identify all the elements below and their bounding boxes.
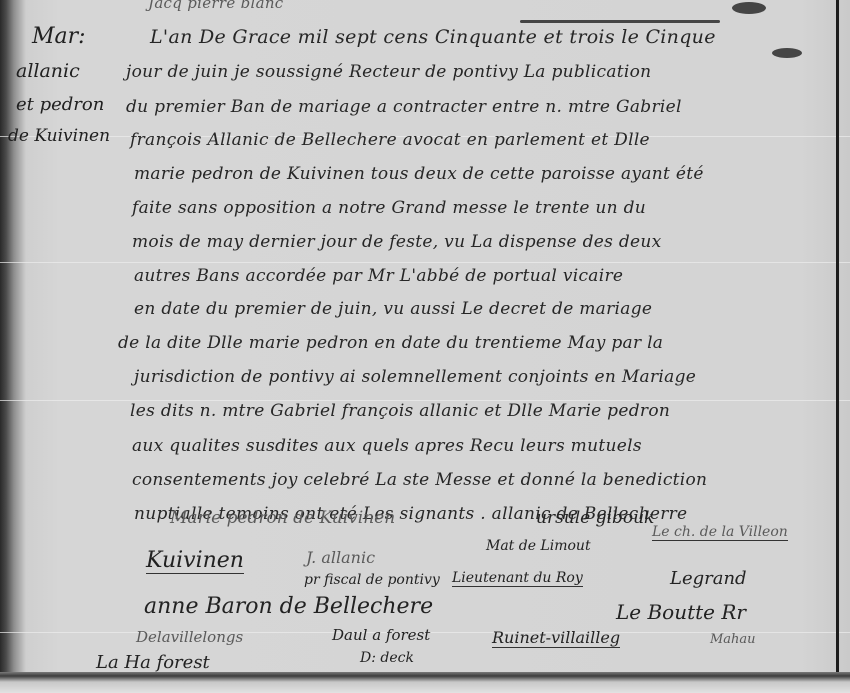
entry-line: faite sans opposition a notre Grand mess… (132, 198, 646, 218)
header-fragment: Jacq pierre blanc (148, 0, 284, 12)
scan-line (0, 262, 850, 263)
signature: pr fiscal de pontivy (304, 572, 440, 588)
entry-line: mois de may dernier jour de feste, vu La… (132, 232, 662, 252)
page-bottom-edge (0, 672, 850, 693)
signature: Legrand (670, 568, 747, 589)
entry-line: du premier Ban de mariage a contracter e… (126, 97, 682, 117)
scanned-page: Jacq pierre blanc Mar: allanic et pedron… (0, 0, 850, 693)
signature: Ruinet-villailleg (492, 628, 620, 648)
signature: Daul a forest (332, 626, 430, 644)
signature: Mat de Limout (486, 538, 591, 554)
ink-stroke (520, 20, 720, 23)
margin-note-line: allanic (16, 60, 80, 82)
signature: Lieutenant du Roy (452, 570, 583, 587)
entry-line: françois Allanic de Bellechere avocat en… (130, 130, 650, 150)
signature: ursule gibouk (536, 508, 654, 528)
signature: J. allanic (306, 548, 375, 567)
signature: D: deck (360, 650, 414, 666)
signature: Delavillelongs (136, 628, 243, 646)
signature: Kuivinen (146, 548, 244, 574)
entry-line: jour de juin je soussigné Recteur de pon… (126, 62, 651, 82)
signature: Marie pedron de Kuivinen (170, 508, 395, 528)
signature: Le Boutte Rr (616, 600, 746, 624)
entry-line: aux qualites susdites aux quels apres Re… (132, 436, 642, 456)
entry-line: consentements joy celebré La ste Messe e… (132, 470, 707, 490)
signature: La Ha forest (96, 652, 210, 673)
entry-line: jurisdiction de pontivy ai solemnellemen… (134, 367, 696, 387)
margin-note-line: Mar: (32, 24, 86, 49)
entry-line: en date du premier de juin, vu aussi Le … (134, 299, 652, 319)
right-margin-rule (836, 0, 839, 693)
ink-blot (772, 48, 802, 58)
margin-note-line: de Kuivinen (8, 126, 110, 146)
entry-line: autres Bans accordée par Mr L'abbé de po… (134, 266, 623, 286)
signature: Le ch. de la Villeon (652, 524, 788, 541)
signature: anne Baron de Bellechere (144, 594, 433, 619)
entry-line: marie pedron de Kuivinen tous deux de ce… (134, 164, 704, 184)
ink-blot (732, 2, 766, 14)
margin-note-line: et pedron (16, 94, 104, 115)
entry-line: les dits n. mtre Gabriel françois allani… (130, 401, 670, 421)
entry-line: de la dite Dlle marie pedron en date du … (118, 333, 663, 353)
entry-line: L'an De Grace mil sept cens Cinquante et… (150, 26, 716, 48)
signature: Mahau (710, 632, 756, 647)
